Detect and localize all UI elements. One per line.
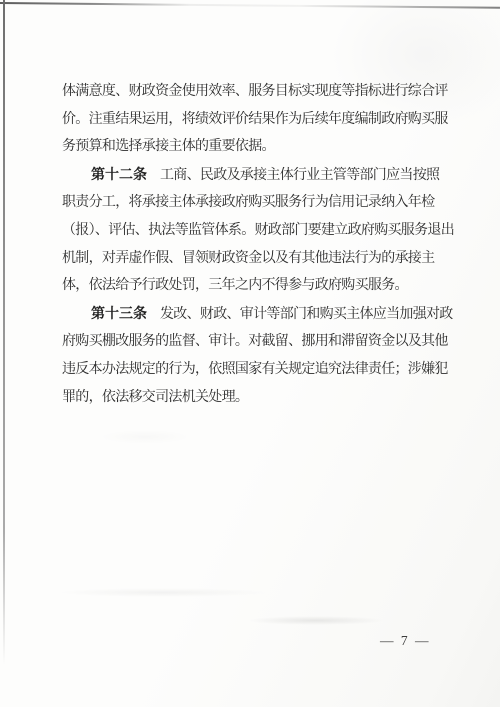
line-text: 罪的，依法移交司法机关处理。	[62, 390, 248, 405]
text-line: （报）、评估、执法等监管体系。财政部门要建立政府购买服务退出	[62, 217, 456, 245]
scan-smudge	[100, 430, 190, 444]
line-text: 职责分工，将承接主体承接政府购买服务行为信用记录纳入年检	[62, 195, 434, 210]
text-line: 第十二条工商、民政及承接主体行业主管等部门应当按照	[62, 161, 456, 190]
text-line: 第十三条发改、财政、审计等部门和购买主体应当加强对政	[62, 300, 456, 329]
line-text: 价。注重结果运用，将绩效评价结果作为后续年度编制政府购买服	[62, 112, 448, 127]
paper-edge-left	[3, 0, 5, 665]
scan-smudge	[58, 588, 268, 597]
text-line: 罪的，依法移交司法机关处理。	[62, 384, 456, 412]
text-line: 职责分工，将承接主体承接政府购买服务行为信用记录纳入年检	[62, 189, 456, 217]
scan-smudge	[248, 616, 383, 625]
article-number: 第十二条	[91, 166, 147, 182]
page-number: — 7 —	[380, 633, 431, 649]
line-text: 违反本办法规定的行为，依照国家有关规定追究法律责任；涉嫌犯	[62, 362, 448, 377]
line-text: 体满意度、财政资金使用效率、服务目标实现度等指标进行综合评	[62, 84, 448, 99]
line-text: （报）、评估、执法等监管体系。财政部门要建立政府购买服务退出	[62, 223, 454, 238]
line-text: 工商、民政及承接主体行业主管等部门应当按照	[160, 168, 439, 183]
text-line: 体满意度、财政资金使用效率、服务目标实现度等指标进行综合评	[62, 78, 456, 106]
article-number: 第十三条	[91, 305, 147, 321]
text-line: 务预算和选择承接主体的重要依据。	[62, 133, 456, 161]
text-line: 违反本办法规定的行为，依照国家有关规定追究法律责任；涉嫌犯	[62, 356, 456, 384]
line-text: 发改、财政、审计等部门和购买主体应当加强对政	[160, 307, 453, 322]
text-line: 价。注重结果运用，将绩效评价结果作为后续年度编制政府购买服	[62, 106, 456, 134]
text-line: 机制，对弄虚作假、冒领财政资金以及有其他违法行为的承接主	[62, 245, 456, 273]
line-text: 机制，对弄虚作假、冒领财政资金以及有其他违法行为的承接主	[62, 251, 434, 266]
line-text: 府购买棚改服务的监督、审计。对截留、挪用和滞留资金以及其他	[62, 334, 448, 349]
line-text: 体，依法给予行政处罚，三年之内不得参与政府购买服务。	[62, 278, 408, 293]
text-line: 府购买棚改服务的监督、审计。对截留、挪用和滞留资金以及其他	[62, 328, 456, 356]
line-text: 务预算和选择承接主体的重要依据。	[62, 139, 275, 154]
document-text: 体满意度、财政资金使用效率、服务目标实现度等指标进行综合评价。注重结果运用，将绩…	[62, 78, 456, 411]
scanned-page: 体满意度、财政资金使用效率、服务目标实现度等指标进行综合评价。注重结果运用，将绩…	[0, 0, 500, 707]
text-line: 体，依法给予行政处罚，三年之内不得参与政府购买服务。	[62, 272, 456, 300]
